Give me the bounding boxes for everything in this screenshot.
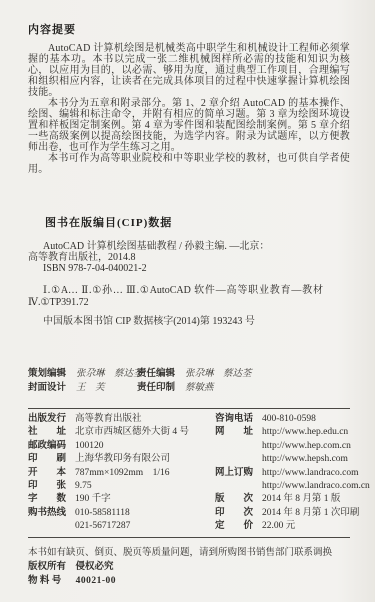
pub-value: 021-56717287 xyxy=(75,520,130,533)
pub-value: 上海华教印务有限公司 xyxy=(75,453,170,466)
cover-design-name: 王 芙 xyxy=(76,381,137,395)
pub-row-impression: 印 次 2014 年 8 月第 1 次印刷 xyxy=(215,507,370,520)
cip-entry-line2: 高等教育出版社，2014.8 xyxy=(28,252,136,263)
pub-row-website2: http://www.hep.com.cn xyxy=(215,440,370,453)
pub-value: 2014 年 8 月第 1 版 xyxy=(262,493,340,506)
divider-rule-bottom xyxy=(28,537,350,538)
pub-label: 版 次 xyxy=(215,493,259,506)
material-number-line: 物 料 号 40021-00 xyxy=(28,574,350,588)
pub-label: 印 张 xyxy=(28,480,72,493)
planning-editor-label: 策划编辑 xyxy=(28,367,72,381)
credits-row: 封面设计 王 芙 责任印制 蔡敏燕 xyxy=(28,381,350,395)
pub-value: http://www.hep.com.cn xyxy=(262,440,351,453)
pub-label xyxy=(215,440,259,453)
pub-value: 2014 年 8 月第 1 次印刷 xyxy=(262,507,359,520)
pub-label: 开 本 xyxy=(28,467,72,480)
pub-label: 出版发行 xyxy=(28,413,72,426)
cip-record-number: 中国版本图书馆 CIP 数据核字(2014)第 193243 号 xyxy=(28,316,350,327)
copyright-page: 内容提要 AutoCAD 计算机绘图是机械类高中职学生和机械设计工程师必须掌握的… xyxy=(0,0,375,602)
responsible-editor-names: 张尕琳 蔡达荃 xyxy=(185,367,252,381)
planning-editor-names: 张尕琳 蔡达荃 xyxy=(76,367,137,381)
pub-value: 高等教育出版社 xyxy=(75,413,142,426)
pub-row-address: 社 址 北京市西城区德外大街 4 号 xyxy=(28,426,215,439)
summary-heading: 内容提要 xyxy=(28,24,350,36)
quality-note: 本书如有缺页、倒页、脱页等质量问题，请到所购图书销售部门联系调换 xyxy=(28,547,350,561)
pub-label: 咨询电话 xyxy=(215,413,259,426)
responsible-editor-label: 责任编辑 xyxy=(137,367,181,381)
pub-row-phone: 咨询电话 400-810-0598 xyxy=(215,413,370,426)
pub-row-online-order: 网上订购 http://www.landraco.com xyxy=(215,467,370,480)
pub-value: 100120 xyxy=(75,440,104,453)
pub-label: 购书热线 xyxy=(28,507,72,520)
pub-value: http://www.landraco.com xyxy=(262,467,358,480)
pub-label: 印 次 xyxy=(215,507,259,520)
pub-row-price: 定 价 22.00 元 xyxy=(215,520,370,533)
pub-row-online-order2: http://www.landraco.com.cn xyxy=(215,480,370,493)
pub-value: 400-810-0598 xyxy=(262,413,316,426)
cip-entry-line1: AutoCAD 计算机绘图基础教程 / 孙毅主编. —北京： xyxy=(28,241,350,252)
summary-paragraph: AutoCAD 计算机绘图是机械类高中职学生和机械设计工程师必须掌握的基本功。本… xyxy=(28,43,350,98)
pub-value: 北京市西城区德外大街 4 号 xyxy=(75,426,189,439)
pub-row-website3: http://www.hepsh.com xyxy=(215,453,370,466)
isbn-line: ISBN 978-7-04-040021-2 xyxy=(28,263,350,274)
pub-value: 190 千字 xyxy=(75,493,111,506)
pub-label: 邮政编码 xyxy=(28,440,72,453)
publishing-left-column: 出版发行 高等教育出版社 社 址 北京市西城区德外大街 4 号 邮政编码 100… xyxy=(28,413,215,534)
publishing-right-column: 咨询电话 400-810-0598 网 址 http://www.hep.edu… xyxy=(215,413,370,534)
pub-row-wordcount: 字 数 190 千字 xyxy=(28,493,215,506)
pub-label: 社 址 xyxy=(28,426,72,439)
pub-label: 网 址 xyxy=(215,426,259,439)
pub-row-sheets: 印 张 9.75 xyxy=(28,480,215,493)
pub-row-edition: 版 次 2014 年 8 月第 1 版 xyxy=(215,493,370,506)
pub-row-postcode: 邮政编码 100120 xyxy=(28,440,215,453)
copyright-notice: 版权所有 侵权必究 xyxy=(28,560,350,574)
credits-row: 策划编辑 张尕琳 蔡达荃 责任编辑 张尕琳 蔡达荃 xyxy=(28,367,350,381)
cover-design-label: 封面设计 xyxy=(28,381,72,395)
pub-value: http://www.hepsh.com xyxy=(262,453,348,466)
credits-section: 策划编辑 张尕琳 蔡达荃 责任编辑 张尕琳 蔡达荃 封面设计 王 芙 责任印制 … xyxy=(28,367,350,395)
print-supervisor-name: 蔡敏燕 xyxy=(185,381,214,395)
cip-entry: AutoCAD 计算机绘图基础教程 / 孙毅主编. —北京： 高等教育出版社，2… xyxy=(28,241,350,274)
material-number-label: 物 料 号 xyxy=(28,576,61,586)
pub-label xyxy=(215,480,259,493)
pub-row-hotline2: 021-56717287 xyxy=(28,520,215,533)
pub-label xyxy=(215,453,259,466)
pub-value: 9.75 xyxy=(75,480,92,493)
pub-label: 字 数 xyxy=(28,493,72,506)
pub-row-hotline: 购书热线 010-58581118 xyxy=(28,507,215,520)
content-summary-section: 内容提要 AutoCAD 计算机绘图是机械类高中职学生和机械设计工程师必须掌握的… xyxy=(28,24,350,175)
pub-row-publisher: 出版发行 高等教育出版社 xyxy=(28,413,215,426)
pub-row-format: 开 本 787mm×1092mm 1/16 xyxy=(28,467,215,480)
publishing-info: 出版发行 高等教育出版社 社 址 北京市西城区德外大街 4 号 邮政编码 100… xyxy=(28,413,350,534)
cip-section: 图书在版编目(CIP)数据 AutoCAD 计算机绘图基础教程 / 孙毅主编. … xyxy=(28,217,350,327)
pub-value: 22.00 元 xyxy=(262,520,295,533)
pub-label: 网上订购 xyxy=(215,467,259,480)
cip-heading: 图书在版编目(CIP)数据 xyxy=(45,217,350,229)
summary-paragraph: 本书分为五章和附录部分。第 1、2 章介绍 AutoCAD 的基本操作、绘图、编… xyxy=(28,98,350,153)
pub-label xyxy=(28,520,72,533)
material-number-value: 40021-00 xyxy=(76,576,116,586)
pub-row-website: 网 址 http://www.hep.edu.cn xyxy=(215,426,370,439)
print-supervisor-label: 责任印制 xyxy=(137,381,181,395)
pub-value: 787mm×1092mm 1/16 xyxy=(75,467,170,480)
pub-label: 印 刷 xyxy=(28,453,72,466)
pub-row-printer: 印 刷 上海华教印务有限公司 xyxy=(28,453,215,466)
summary-paragraph: 本书可作为高等职业院校和中等职业学校的教材，也可供自学者使用。 xyxy=(28,153,350,175)
pub-label: 定 价 xyxy=(215,520,259,533)
pub-value: http://www.landraco.com.cn xyxy=(262,480,370,493)
divider-rule-top xyxy=(28,408,350,409)
pub-value: http://www.hep.edu.cn xyxy=(262,426,348,439)
footer-section: 本书如有缺页、倒页、脱页等质量问题，请到所购图书销售部门联系调换 版权所有 侵权… xyxy=(28,547,350,589)
cip-classification: Ⅰ.①A… Ⅱ.①孙… Ⅲ.①AutoCAD 软件—高等职业教育—教材 Ⅳ.①T… xyxy=(28,285,323,308)
pub-value: 010-58581118 xyxy=(75,507,130,520)
